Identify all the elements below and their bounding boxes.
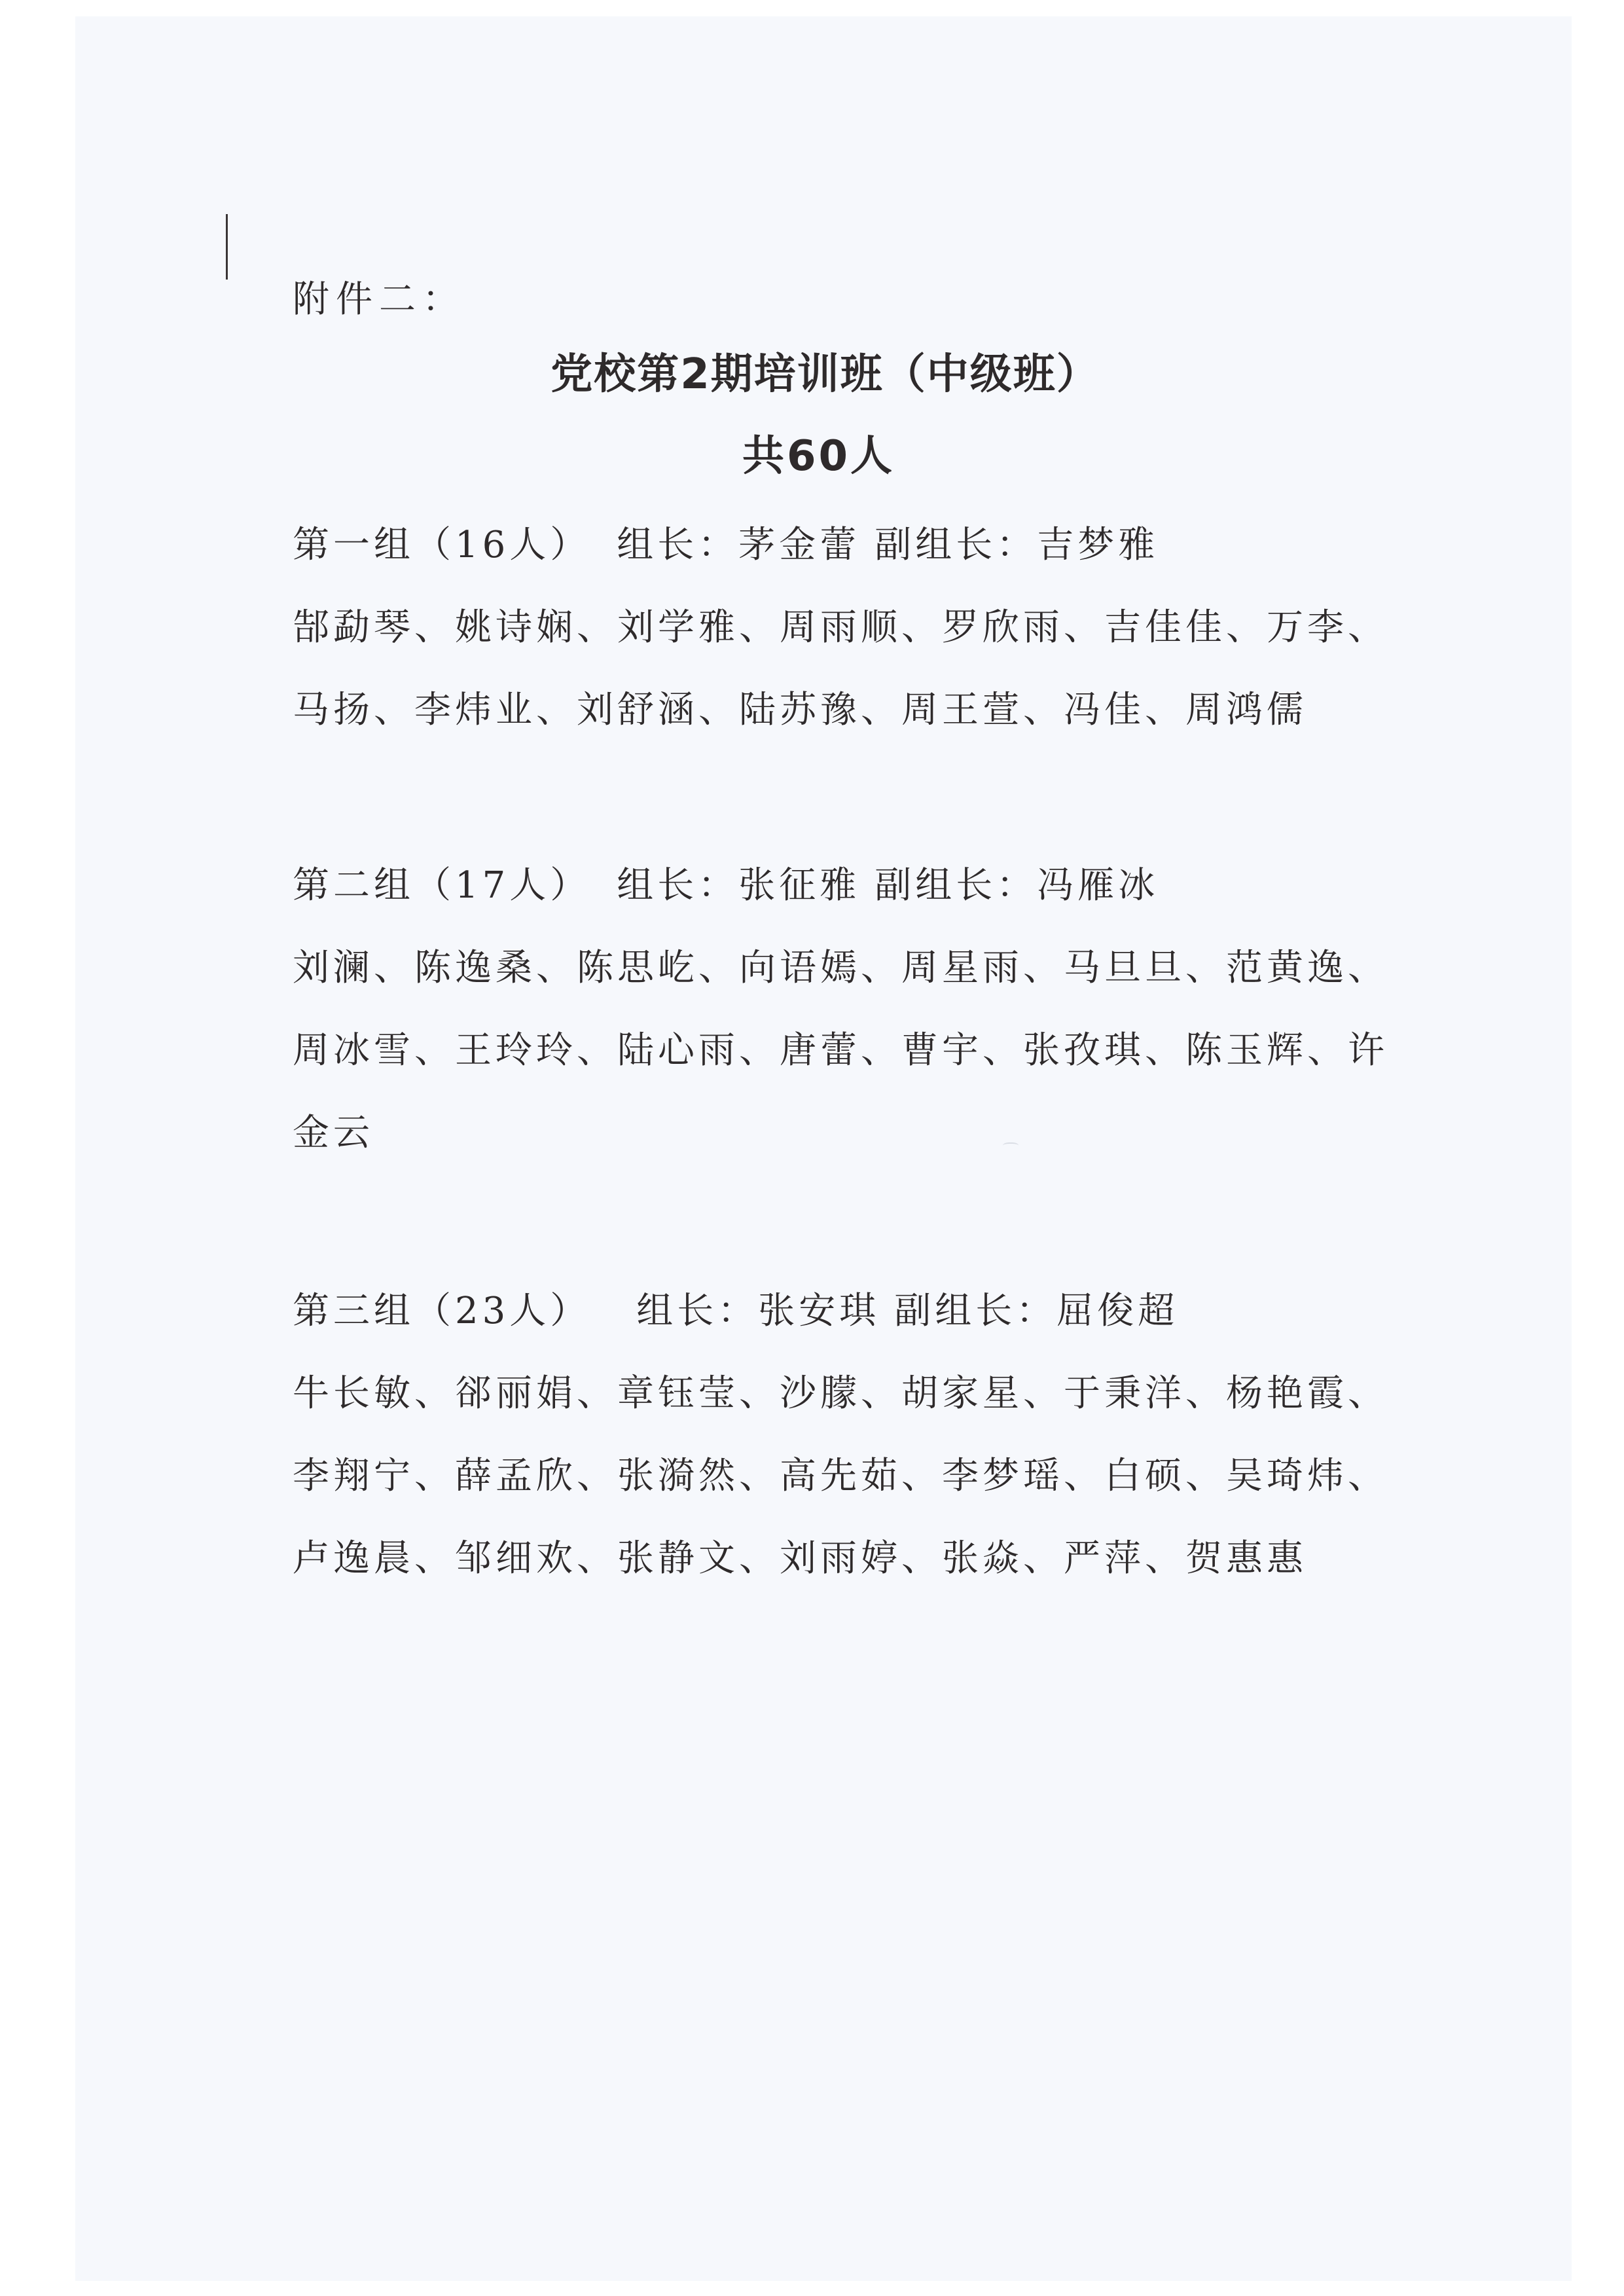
leader-label: 组长： <box>636 1290 758 1332</box>
deputy-label: 副组长： <box>875 864 1037 907</box>
member-list-line: 刘澜、陈逸桑、陈思屹、向语嫣、周星雨、马旦旦、范黄逸、 <box>293 950 1471 987</box>
group-section-1: 第一组（16人）组长：茅金蕾副组长：吉梦雅 郜勐琴、姚诗娴、刘学雅、周雨顺、罗欣… <box>293 527 1471 729</box>
group-section-2: 第二组（17人）组长：张征雅副组长：冯雁冰 刘澜、陈逸桑、陈思屹、向语嫣、周星雨… <box>293 867 1471 1152</box>
member-list-line: 卢逸晨、邹细欢、张静文、刘雨婷、张焱、严萍、贺惠惠 <box>293 1540 1471 1577</box>
group-count: （17人） <box>414 864 590 907</box>
group-leader: 茅金蕾 <box>738 524 860 566</box>
deputy-label: 副组长： <box>875 524 1037 566</box>
group-deputy: 屈俊超 <box>1056 1290 1178 1332</box>
group-name: 第二组 <box>293 864 414 907</box>
margin-mark-line <box>226 214 228 280</box>
group-header: 第一组（16人）组长：茅金蕾副组长：吉梦雅 <box>293 527 1471 564</box>
leader-label: 组长： <box>617 524 738 566</box>
group-section-3: 第三组（23人）组长：张安琪副组长：屈俊超 牛长敏、郤丽娟、章钰莹、沙朦、胡家星… <box>293 1293 1471 1577</box>
member-list-line: 李翔宁、薛孟欣、张漪然、高先茹、李梦瑶、白硕、吴琦炜、 <box>293 1458 1471 1495</box>
group-header: 第三组（23人）组长：张安琪副组长：屈俊超 <box>293 1293 1471 1330</box>
leader-label: 组长： <box>617 864 738 907</box>
document-title: 党校第2期培训班（中级班） <box>0 354 1624 395</box>
group-count: （23人） <box>414 1290 590 1332</box>
total-count-heading: 共60人 <box>0 435 1624 477</box>
deputy-label: 副组长： <box>894 1290 1056 1332</box>
member-list-line: 金云 <box>293 1115 1471 1152</box>
member-list-line: 马扬、李炜业、刘舒涵、陆苏豫、周王萱、冯佳、周鸿儒 <box>293 692 1471 729</box>
member-list-line: 周冰雪、王玲玲、陆心雨、唐蕾、曹宇、张孜琪、陈玉辉、许 <box>293 1032 1471 1069</box>
attachment-label: 附件二： <box>293 282 465 318</box>
member-list-line: 郜勐琴、姚诗娴、刘学雅、周雨顺、罗欣雨、吉佳佳、万李、 <box>293 610 1471 646</box>
group-name: 第一组 <box>293 524 414 566</box>
group-count: （16人） <box>414 524 590 566</box>
group-leader: 张征雅 <box>738 864 860 907</box>
group-header: 第二组（17人）组长：张征雅副组长：冯雁冰 <box>293 867 1471 904</box>
group-deputy: 冯雁冰 <box>1037 864 1159 907</box>
member-list-line: 牛长敏、郤丽娟、章钰莹、沙朦、胡家星、于秉洋、杨艳霞、 <box>293 1376 1471 1412</box>
group-deputy: 吉梦雅 <box>1037 524 1159 566</box>
group-name: 第三组 <box>293 1290 414 1332</box>
group-leader: 张安琪 <box>758 1290 880 1332</box>
